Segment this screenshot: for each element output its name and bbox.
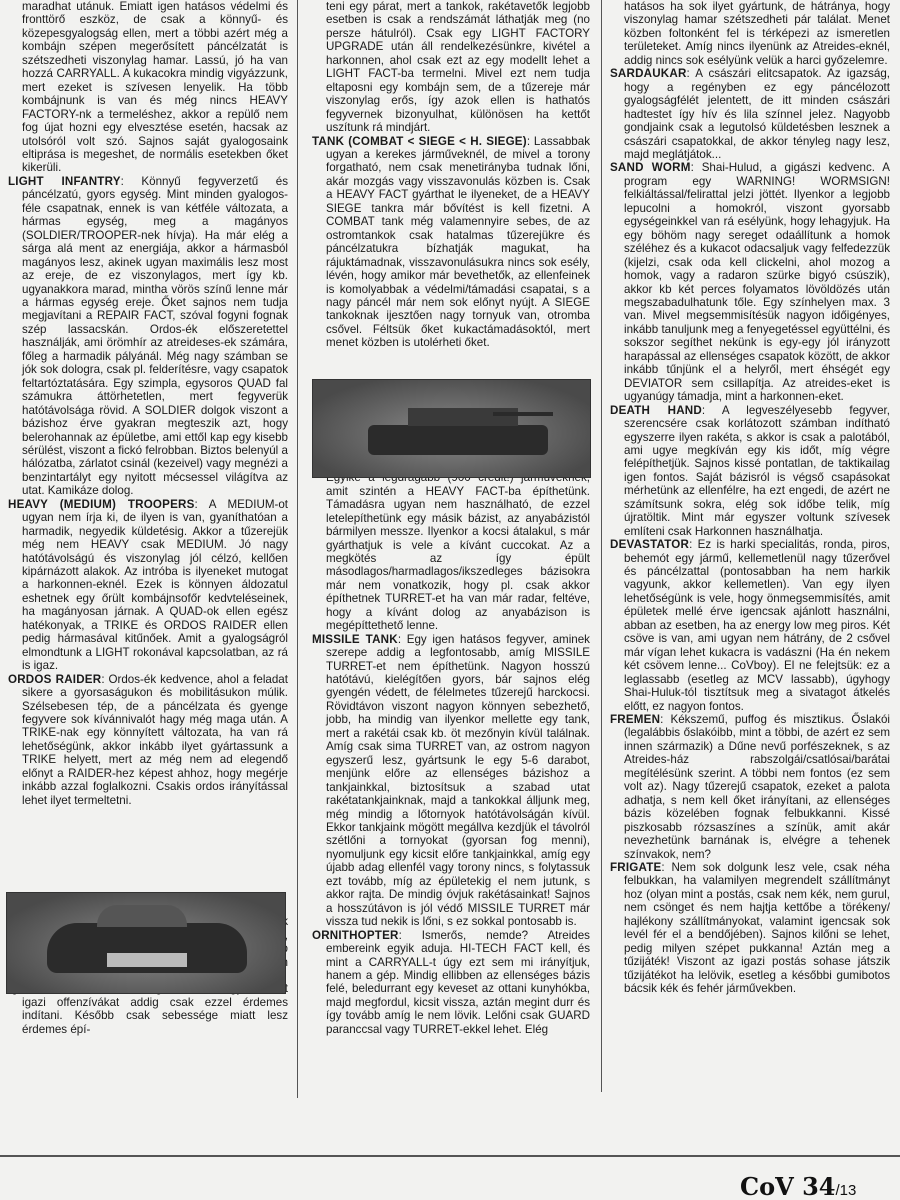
- vehicle-cockpit: [97, 905, 187, 927]
- entry-term: ORNITHOPTER: [312, 929, 399, 942]
- entry-text: Egyike a legdrágább (900 credit!) járműv…: [326, 471, 590, 632]
- entry-text: Nem sok dolgunk lesz vele, csak néha fel…: [624, 861, 890, 995]
- entry-term: TANK (COMBAT < SIEGE < H. SIEGE): [312, 135, 527, 148]
- intro-paragraph: teni egy párat, mert a tankok, rakétavet…: [312, 0, 590, 135]
- entry: MCV (MOBILE CONSTRUCTION VEHICLE): Egyik…: [312, 458, 590, 633]
- intro-paragraph: maradhat utánuk. Emiatt igen hatásos véd…: [8, 0, 288, 175]
- entry-text: Lassabbak ugyan a kerekes járműveknél, d…: [326, 135, 590, 350]
- entry-term: DEATH HAND: [610, 404, 702, 417]
- magazine-name: CoV 34: [740, 1172, 835, 1200]
- entry: HEAVY (MEDIUM) TROOPERS: A MEDIUM-ot ugy…: [8, 498, 288, 673]
- entry-term: ORDOS RAIDER: [8, 673, 101, 686]
- tank-barrel: [493, 412, 553, 416]
- entry-term: FREMEN: [610, 713, 660, 726]
- page-footer: CoV 34/13: [740, 1172, 856, 1200]
- ordos-raider-photo: [6, 892, 286, 994]
- column-3: hatásos ha sok ilyet gyártunk, de hátrán…: [610, 0, 890, 996]
- tank-turret: [408, 408, 518, 426]
- entry-term: MISSILE TANK: [312, 633, 398, 646]
- entry-term: HEAVY (MEDIUM) TROOPERS: [8, 498, 195, 511]
- entry-text: Shai-Hulud, a gigászi kedvenc. A program…: [624, 161, 890, 403]
- entry-text: Ez is harki specialitás, ronda, piros, b…: [624, 538, 890, 712]
- entry-text: A legveszélyesebb fegyver, szerencsére c…: [624, 404, 890, 538]
- column-divider: [297, 0, 298, 1098]
- entry: ORDOS RAIDER: Ordos-ék kedvence, ahol a …: [8, 673, 288, 808]
- entry-text: Ismerős, nemde? Atreides embereink egyik…: [326, 929, 590, 1036]
- entry: SARDAUKAR: A császári elitcsapatok. Az i…: [610, 67, 890, 161]
- entry: TANK (COMBAT < SIEGE < H. SIEGE): Lassab…: [312, 135, 590, 350]
- entry-term: LIGHT INFANTRY: [8, 175, 121, 188]
- tank-photo: [312, 379, 591, 478]
- column-2: teni egy párat, mert a tankok, rakétavet…: [312, 0, 590, 1036]
- footer-rule: [0, 1155, 900, 1157]
- entry-term: DEVASTATOR: [610, 538, 689, 551]
- vehicle-highlight: [107, 953, 187, 967]
- column-divider: [601, 0, 602, 1092]
- entry-term: FRIGATE: [610, 861, 661, 874]
- entry: FREMEN: Kékszemű, puffog és misztikus. Ő…: [610, 713, 890, 861]
- entry-text: A császári elitcsapatok. Az igazság, hog…: [624, 67, 890, 161]
- entry-term: SARDAUKAR: [610, 67, 687, 80]
- page-number: /13: [835, 1182, 856, 1199]
- entry-text: Kékszemű, puffog és misztikus. Őslakói (…: [624, 713, 890, 861]
- entry: DEATH HAND: A legveszélyesebb fegyver, s…: [610, 404, 890, 539]
- entry-term: SAND WORM: [610, 161, 691, 174]
- entry: FRIGATE: Nem sok dolgunk lesz vele, csak…: [610, 861, 890, 996]
- entry-text: Egy igen hatásos fegyver, aminek szerepe…: [326, 633, 590, 929]
- intro-paragraph: hatásos ha sok ilyet gyártunk, de hátrán…: [610, 0, 890, 67]
- vehicle-silhouette: [368, 425, 548, 455]
- entry-text: Ordos-ék kedvence, ahol a feladat sikere…: [22, 673, 288, 807]
- column-1: maradhat utánuk. Emiatt igen hatásos véd…: [8, 0, 288, 1036]
- entry: DEVASTATOR: Ez is harki specialitás, ron…: [610, 538, 890, 713]
- entry: LIGHT INFANTRY: Könnyű fegyverzetű és pá…: [8, 175, 288, 498]
- entry-text: Könnyű fegyverzetű és páncélzatú, gyors …: [22, 175, 288, 497]
- entry: ORNITHOPTER: Ismerős, nemde? Atreides em…: [312, 929, 590, 1037]
- entry-text: A MEDIUM-ot ugyan nem írja ki, de ilyen …: [22, 498, 288, 672]
- entry: MISSILE TANK: Egy igen hatásos fegyver, …: [312, 633, 590, 929]
- entry: SAND WORM: Shai-Hulud, a gigászi kedvenc…: [610, 161, 890, 403]
